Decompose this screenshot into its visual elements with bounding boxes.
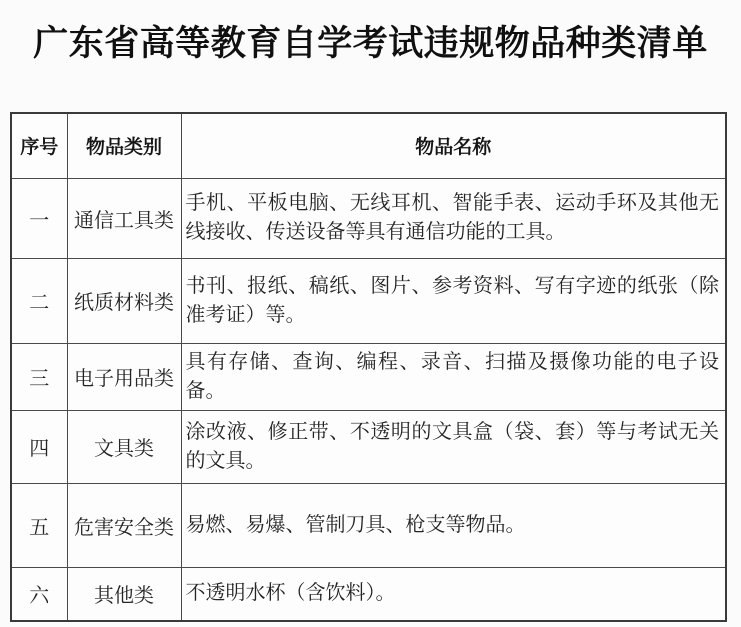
row-category-cell: 文具类 [67, 410, 181, 483]
row-items-cell: 书刊、报纸、稿纸、图片、参考资料、写有字迹的纸张（除准考证）等。 [181, 258, 726, 343]
table-row: 六 其他类 不透明水杯（含饮料）。 [11, 567, 726, 621]
document-page: 广东省高等教育自学考试违规物品种类清单 序号 物品类别 物品名称 一 通信工具类… [0, 0, 741, 627]
table-header: 序号 物品类别 物品名称 [11, 113, 726, 178]
header-cell-index: 序号 [11, 113, 67, 178]
header-cell-category: 物品类别 [67, 113, 181, 178]
prohibited-items-table: 序号 物品类别 物品名称 一 通信工具类 手机、平板电脑、无线耳机、智能手表、运… [10, 112, 727, 622]
row-index-cell: 六 [11, 567, 67, 621]
row-index-cell: 二 [11, 258, 67, 343]
table-row: 一 通信工具类 手机、平板电脑、无线耳机、智能手表、运动手环及其他无线接收、传送… [11, 178, 726, 258]
row-category-cell: 危害安全类 [67, 483, 181, 567]
row-index-cell: 一 [11, 178, 67, 258]
table-body: 一 通信工具类 手机、平板电脑、无线耳机、智能手表、运动手环及其他无线接收、传送… [11, 178, 726, 621]
row-items-cell: 不透明水杯（含饮料）。 [181, 567, 726, 621]
row-items-cell: 手机、平板电脑、无线耳机、智能手表、运动手环及其他无线接收、传送设备等具有通信功… [181, 178, 726, 258]
row-category-cell: 通信工具类 [67, 178, 181, 258]
table-row: 三 电子用品类 具有存储、查询、编程、录音、扫描及摄像功能的电子设备。 [11, 343, 726, 410]
row-category-cell: 其他类 [67, 567, 181, 621]
header-cell-items: 物品名称 [181, 113, 726, 178]
table-row: 四 文具类 涂改液、修正带、不透明的文具盒（袋、套）等与考试无关的文具。 [11, 410, 726, 483]
row-index-cell: 四 [11, 410, 67, 483]
row-category-cell: 纸质材料类 [67, 258, 181, 343]
row-index-cell: 三 [11, 343, 67, 410]
row-items-cell: 涂改液、修正带、不透明的文具盒（袋、套）等与考试无关的文具。 [181, 410, 726, 483]
table-row: 二 纸质材料类 书刊、报纸、稿纸、图片、参考资料、写有字迹的纸张（除准考证）等。 [11, 258, 726, 343]
document-title: 广东省高等教育自学考试违规物品种类清单 [0, 0, 741, 66]
table-row: 五 危害安全类 易燃、易爆、管制刀具、枪支等物品。 [11, 483, 726, 567]
row-items-cell: 易燃、易爆、管制刀具、枪支等物品。 [181, 483, 726, 567]
row-items-cell: 具有存储、查询、编程、录音、扫描及摄像功能的电子设备。 [181, 343, 726, 410]
row-index-cell: 五 [11, 483, 67, 567]
table-header-row: 序号 物品类别 物品名称 [11, 113, 726, 178]
row-category-cell: 电子用品类 [67, 343, 181, 410]
